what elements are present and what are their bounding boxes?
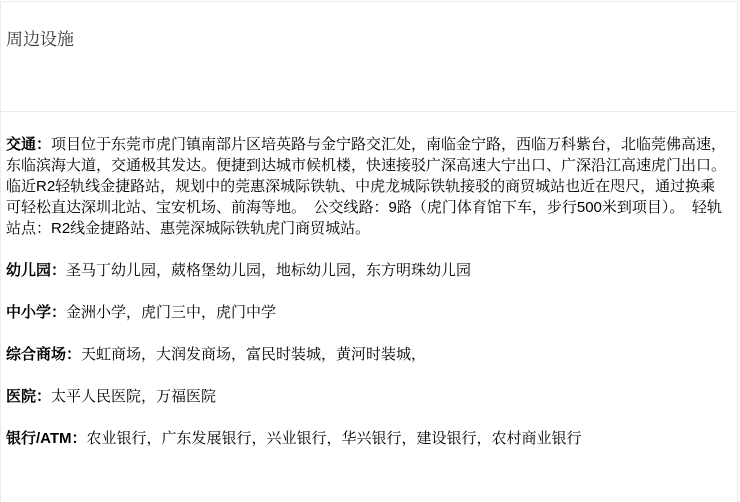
facility-text-hospital: 太平人民医院，万福医院 — [51, 388, 216, 405]
surrounding-facilities-card: 周边设施 交通：项目位于东莞市虎门镇南部片区培英路与金宁路交汇处，南临金宁路，西… — [0, 1, 738, 502]
facility-row-kindergarten: 幼儿园：圣马丁幼儿园，葳格堡幼儿园，地标幼儿园，东方明珠幼儿园 — [6, 260, 730, 281]
facility-text-schools: 金洲小学，虎门三中，虎门中学 — [66, 304, 276, 321]
facility-row-hospital: 医院：太平人民医院，万福医院 — [6, 386, 730, 407]
facility-text-kindergarten: 圣马丁幼儿园，葳格堡幼儿园，地标幼儿园，东方明珠幼儿园 — [66, 262, 471, 279]
facility-label-transport: 交通： — [6, 136, 51, 153]
facility-label-schools: 中小学： — [6, 304, 66, 321]
facility-label-banks: 银行/ATM： — [6, 430, 87, 447]
facility-label-malls: 综合商场： — [6, 346, 81, 363]
facility-label-kindergarten: 幼儿园： — [6, 262, 66, 279]
facility-row-malls: 综合商场：天虹商场，大润发商场，富民时装城，黄河时装城， — [6, 344, 730, 365]
facility-label-hospital: 医院： — [6, 388, 51, 405]
card-body: 交通：项目位于东莞市虎门镇南部片区培英路与金宁路交汇处，南临金宁路，西临万科紫台… — [1, 112, 737, 449]
facility-text-malls: 天虹商场，大润发商场，富民时装城，黄河时装城， — [81, 346, 426, 363]
facility-row-schools: 中小学：金洲小学，虎门三中，虎门中学 — [6, 302, 730, 323]
facility-row-transport: 交通：项目位于东莞市虎门镇南部片区培英路与金宁路交汇处，南临金宁路，西临万科紫台… — [6, 134, 730, 239]
page-title: 周边设施 — [6, 29, 737, 50]
card-header: 周边设施 — [1, 2, 737, 112]
facility-row-banks: 银行/ATM：农业银行，广东发展银行，兴业银行，华兴银行，建设银行，农村商业银行 — [6, 428, 730, 449]
facility-text-transport: 项目位于东莞市虎门镇南部片区培英路与金宁路交汇处，南临金宁路，西临万科紫台，北临… — [6, 136, 726, 237]
facility-text-banks: 农业银行，广东发展银行，兴业银行，华兴银行，建设银行，农村商业银行 — [87, 430, 582, 447]
